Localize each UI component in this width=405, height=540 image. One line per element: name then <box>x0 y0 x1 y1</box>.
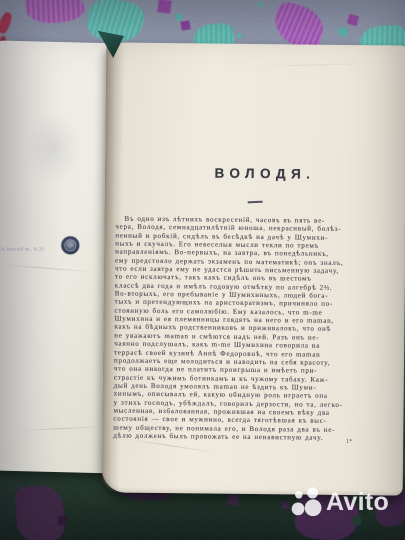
avito-dots-icon <box>290 486 323 519</box>
fabric-patch-purple-square <box>347 14 359 26</box>
story-title: ВОЛОДЯ. <box>117 165 397 183</box>
fabric-patch-purple-square <box>180 20 190 30</box>
round-ink-stamp-icon <box>61 236 79 254</box>
ink-showthrough <box>24 111 82 184</box>
book-listing-photo: СА, Невскій пр., № 29. ВОЛОДЯ. Въ одно и… <box>0 0 405 540</box>
fabric-patch-teal-square <box>339 28 347 36</box>
fabric-patch-dark-purple-square <box>282 502 289 509</box>
title-divider <box>248 201 263 203</box>
page-crease <box>0 264 94 272</box>
fabric-patch-teal-square <box>176 14 182 20</box>
fabric-patch-teal-dot <box>258 2 263 7</box>
bookseller-stamp-text: СА, Невскій пр., № 29. <box>0 246 60 251</box>
fabric-patch-teal-dot <box>237 33 242 38</box>
fabric-patch-dark-purple-square <box>227 493 240 506</box>
fabric-patch-dark-purple <box>14 484 66 540</box>
right-text-page: ВОЛОДЯ. Въ одно изъ лѣтнихъ воскресеній,… <box>102 42 405 495</box>
avito-watermark: Avito <box>290 486 389 519</box>
fabric-patch-dark-square <box>58 516 67 525</box>
fabric-patch-purple-square <box>157 0 172 14</box>
page-crease <box>16 426 106 431</box>
avito-watermark-label: Avito <box>326 486 389 519</box>
page-crease <box>256 63 366 67</box>
fabric-patch-purple-brush <box>24 0 86 27</box>
fabric-patch-crimson <box>0 11 13 35</box>
signature-mark: 1* <box>334 439 352 445</box>
story-body-text: Въ одно изъ лѣтнихъ воскресеній, часовъ … <box>113 215 381 443</box>
